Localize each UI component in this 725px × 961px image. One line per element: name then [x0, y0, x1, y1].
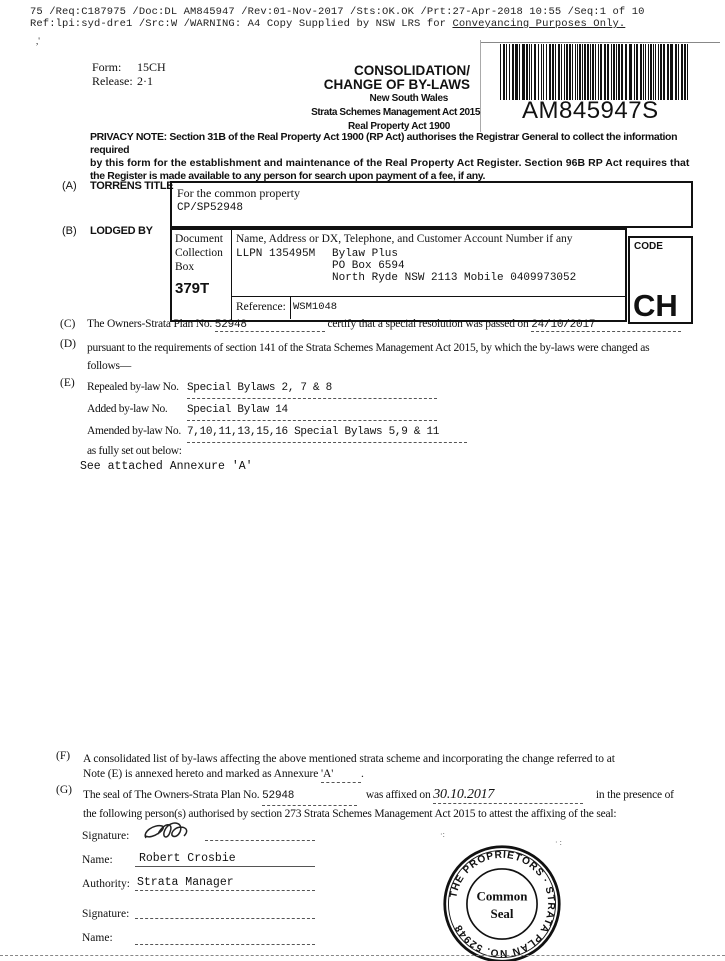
name1-line — [135, 866, 315, 867]
privacy-note: PRIVACY NOTE: Section 31B of the Real Pr… — [90, 131, 710, 183]
section-e-marker: (E) — [60, 377, 75, 389]
dcb-value: 379T — [175, 280, 228, 297]
dcb-label2: Collection — [175, 246, 228, 260]
repealed-label: Repealed by-law No. — [87, 377, 187, 397]
scan-dots-2: · : — [555, 838, 562, 847]
section-f-marker: (F) — [56, 750, 70, 762]
lodger-name: Bylaw Plus — [332, 248, 398, 260]
section-g-text1: The seal of The Owners-Strata Plan No. — [83, 789, 259, 801]
seal-center-line1: Common — [477, 888, 528, 903]
privacy-note-text1: Section 31B of the Real Property Act 190… — [90, 131, 677, 156]
print-header-line1: 75 /Req:C187975 /Doc:DL AM845947 /Rev:01… — [30, 6, 645, 18]
header-vrule — [480, 40, 481, 132]
section-g-text3: in the presence of — [596, 789, 674, 801]
signature1-line[interactable] — [205, 840, 315, 841]
form-value: 15CH — [137, 60, 166, 74]
section-e: Repealed by-law No.Special Bylaws 2, 7 &… — [87, 377, 467, 459]
header-rule — [480, 42, 720, 43]
name2-label: Name: — [82, 932, 113, 944]
lodger-address1: PO Box 6594 — [236, 260, 624, 272]
form-info: Form:15CH Release:2·1 — [92, 60, 166, 88]
seal-center-line2: Seal — [491, 906, 514, 921]
form-label: Form: — [92, 60, 137, 74]
scan-mark: ,' — [36, 36, 40, 46]
section-a-label: TORRENS TITLE — [90, 180, 173, 192]
code-box: CODE CH — [628, 236, 693, 324]
repealed-value[interactable]: Special Bylaws 2, 7 & 8 — [187, 378, 437, 399]
scan-dots: ·: — [440, 830, 445, 839]
release-label: Release: — [92, 74, 137, 88]
section-d-text1: pursuant to the requirements of section … — [87, 339, 649, 357]
print-header-line2: Ref:lpi:syd-dre1 /Src:W /WARNING: A4 Cop… — [30, 18, 625, 30]
section-g-plan-no[interactable]: 52948 — [262, 788, 357, 806]
lodger-header: Name, Address or DX, Telephone, and Cust… — [236, 232, 624, 246]
amended-value[interactable]: 7,10,11,13,15,16 Special Bylaws 5,9 & 11 — [187, 422, 467, 443]
section-g-text2: was affixed on — [366, 789, 431, 801]
section-f: A consolidated list of by-laws affecting… — [83, 752, 615, 783]
reference-row: Reference: WSM1048 — [232, 296, 625, 320]
title-jurisdiction: New South Wales — [300, 92, 480, 106]
section-a-marker: (A) — [62, 180, 77, 192]
name1-label: Name: — [82, 854, 113, 866]
barcode — [500, 44, 692, 100]
section-c-plan-no[interactable]: 52948 — [215, 319, 325, 332]
privacy-note-text2: by this form for the establishment and m… — [90, 157, 710, 170]
dealing-number: AM845947S — [522, 97, 659, 125]
print-header-purpose: Conveyancing Purposes Only. — [452, 18, 625, 30]
section-c-text1: The Owners-Strata Plan No. — [87, 318, 212, 330]
reference-value: WSM1048 — [293, 301, 337, 313]
set-out-text: as fully set out below: — [87, 443, 467, 459]
authority-label: Authority: — [82, 878, 130, 890]
section-c-marker: (C) — [60, 318, 75, 330]
section-c-text2: certify that a special resolution was pa… — [327, 318, 528, 330]
section-g-marker: (G) — [56, 784, 72, 796]
dcb-label3: Box — [175, 260, 228, 274]
section-d-marker: (D) — [60, 338, 76, 350]
name1-value[interactable]: Robert Crosbie — [139, 852, 236, 865]
lodger-details: Name, Address or DX, Telephone, and Cust… — [236, 232, 624, 284]
title-act1: Strata Schemes Management Act 2015 — [300, 106, 480, 120]
amended-label: Amended by-law No. — [87, 421, 187, 441]
section-c: The Owners-Strata Plan No. 52948 certify… — [87, 318, 681, 332]
torrens-title-value: CP/SP52948 — [177, 201, 686, 216]
section-g-date[interactable]: 30.10.2017 — [433, 786, 583, 804]
signature2-label: Signature: — [82, 908, 129, 920]
title-line2: CHANGE OF BY-LAWS — [300, 78, 480, 92]
section-f-text2: Note (E) is annexed hereto and marked as… — [83, 768, 318, 780]
section-c-date[interactable]: 24/10/2017 — [531, 319, 681, 332]
annexure-value[interactable]: 'A' — [321, 767, 361, 783]
title-block: CONSOLIDATION/ CHANGE OF BY-LAWS New Sou… — [300, 64, 480, 134]
common-seal-icon: THE PROPRIETORS · STRATA PLAN NO. 52948 … — [437, 844, 567, 961]
annexure-note: See attached Annexure 'A' — [80, 460, 253, 473]
signature2-line[interactable] — [135, 918, 315, 919]
release-value: 2·1 — [137, 74, 153, 88]
privacy-note-label: PRIVACY NOTE: — [90, 131, 167, 143]
section-b-marker: (B) — [62, 225, 77, 237]
signature1-label: Signature: — [82, 830, 129, 842]
title-line1: CONSOLIDATION/ — [300, 64, 480, 78]
section-d-text2: follows— — [87, 357, 649, 375]
reference-label: Reference: — [236, 301, 286, 313]
section-b-label: LODGED BY — [90, 225, 153, 237]
code-label: CODE — [630, 238, 691, 255]
added-value[interactable]: Special Bylaw 14 — [187, 400, 437, 421]
torrens-title-box: For the common property CP/SP52948 — [170, 181, 693, 228]
name2-line[interactable] — [135, 944, 315, 945]
dcb-label1: Document — [175, 232, 228, 246]
section-f-text1: A consolidated list of by-laws affecting… — [83, 752, 615, 767]
authority-value[interactable]: Strata Manager — [137, 876, 234, 889]
page-bottom-edge — [0, 955, 725, 956]
section-d: pursuant to the requirements of section … — [87, 339, 649, 375]
print-header-warning: Ref:lpi:syd-dre1 /Src:W /WARNING: A4 Cop… — [30, 18, 452, 30]
lodger-account: LLPN 135495M — [236, 248, 332, 260]
added-label: Added by-law No. — [87, 399, 187, 419]
authority-line — [135, 890, 315, 891]
reference-field[interactable]: WSM1048 — [290, 297, 624, 319]
lodger-address2: North Ryde NSW 2113 Mobile 0409973052 — [236, 272, 624, 284]
signature-scribble-icon — [140, 818, 200, 844]
lodged-by-box: Document Collection Box 379T Name, Addre… — [170, 228, 627, 322]
torrens-title-line1: For the common property — [177, 186, 686, 201]
document-collection-box: Document Collection Box 379T — [172, 230, 232, 320]
